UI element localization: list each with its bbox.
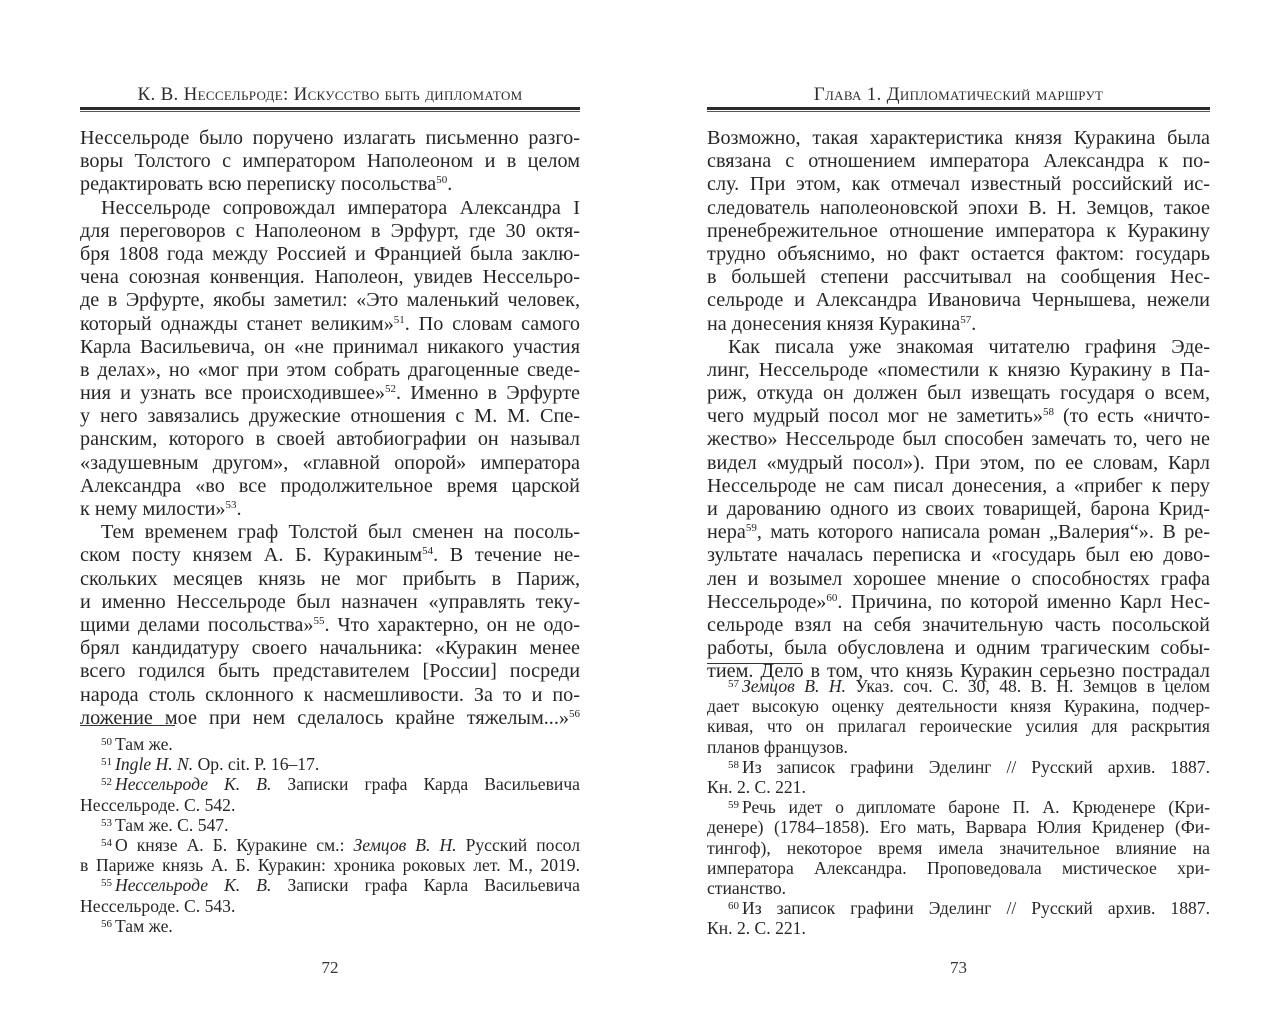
text-line: сельроде взял на себя значительную часть… — [707, 614, 1210, 637]
text-line: Нессельроде сопровождал императора Алекс… — [80, 197, 580, 220]
text-line: жество» Нессельроде был способен замечат… — [707, 428, 1210, 451]
line-text: Нессельроде не сам писал донесения, а «п… — [707, 475, 1210, 497]
footnote-text: денере) (1784–1858). Его мать, Варвара Ю… — [707, 817, 1210, 837]
line-text: всего годился быть представителем [Росси… — [80, 660, 580, 682]
footnote-line: Нессельроде. С. 542. — [80, 795, 580, 815]
text-line: Нессельроде не сам писал донесения, а «п… — [707, 475, 1210, 498]
footnote-line: императора Александра. Проповедовала мис… — [707, 858, 1210, 878]
line-text: у него завязались дружеские отношения с … — [80, 405, 580, 427]
line-text: редактировать всю переписку посольства — [80, 173, 436, 195]
text-line: щими делами посольства»55. Что характерн… — [80, 614, 580, 637]
line-text: Карла Васильевича, он «не принимал никак… — [80, 336, 580, 358]
line-text: бря 1808 года между Россией и Францией б… — [80, 243, 580, 265]
line-text: воры Толстого с императором Наполеоном и… — [80, 150, 580, 172]
page-number: 72 — [80, 958, 580, 978]
line-text: щими делами посольства» — [80, 614, 313, 636]
footnote-text: дает высокую оценку деятельности князя К… — [707, 696, 1210, 716]
footnote-line: 54О князе А. Б. Куракине см.: Земцов В. … — [80, 835, 580, 855]
footnote-text: Записки графа Карла Васильевича — [271, 875, 580, 895]
line-text: связана с отношением императора Александ… — [707, 150, 1210, 172]
text-line: Как писала уже знакомая читателю графиня… — [707, 336, 1210, 359]
footnote-line: 53Там же. С. 547. — [80, 815, 580, 835]
text-line: ранским, которого в своей автобиографии … — [80, 428, 580, 451]
line-text: лен и возымел хорошее мнение о способнос… — [707, 568, 1210, 590]
line-text-after: , мать которого написала роман „Валерия“… — [757, 521, 1210, 543]
footnote-ref: 60 — [826, 592, 837, 604]
line-text: Как писала уже знакомая читателю графиня… — [728, 336, 1210, 358]
footnote-ref: 52 — [385, 383, 396, 395]
line-text-after: . В течение не- — [433, 544, 580, 566]
footnote-text: Речь идет о дипломате бароне П. А. Крюде… — [742, 797, 1210, 817]
footnote-text: Записки графа Карда Васильевича — [271, 774, 580, 794]
footnote-line: 55Нессельроде К. В. Записки графа Карла … — [80, 875, 580, 895]
footnote-text: Нессельроде. С. 543. — [80, 896, 235, 916]
header-rule — [707, 107, 1210, 113]
text-line: ложение мое при нем сделалось крайне тяж… — [80, 707, 580, 730]
text-line: который однажды станет великим»51. По сл… — [80, 313, 580, 336]
footnote-number: 60 — [728, 900, 739, 912]
footnote-author: Нессельроде К. В. — [115, 774, 271, 794]
running-head: Глава 1. Дипломатический маршрут — [707, 84, 1210, 106]
line-text: линг, Нессельроде «поместили к князю Кур… — [707, 359, 1210, 381]
body-text: Возможно, такая характеристика князя Кур… — [707, 127, 1210, 684]
text-line: ском посту князем А. Б. Куракиным54. В т… — [80, 544, 580, 567]
text-line: ния и узнать все происходившее»52. Именн… — [80, 382, 580, 405]
footnote-text: О князе А. Б. Куракине см.: — [115, 835, 354, 855]
footnote-text: Кн. 2. С. 221. — [707, 777, 806, 797]
text-line: и именно Нессельроде был назначен «управ… — [80, 591, 580, 614]
footnotes: 50Там же.51Ingle H. N. Op. cit. P. 16–17… — [80, 734, 580, 936]
text-line: зультате началась переписка и «государь … — [707, 544, 1210, 567]
footnote-text: Там же. С. 547. — [115, 815, 229, 835]
footnote-author: Ingle H. N. — [115, 754, 193, 774]
footnote-line: Кн. 2. С. 221. — [707, 918, 1210, 938]
footnote-text: Там же. — [115, 916, 173, 936]
text-line: у него завязались дружеские отношения с … — [80, 405, 580, 428]
running-head: К. В. Нессельроде: Искусство быть диплом… — [80, 84, 580, 106]
text-line: в делах», но «мог при этом собрать драго… — [80, 359, 580, 382]
footnote-line: Кн. 2. С. 221. — [707, 777, 1210, 797]
text-line: слу. При этом, как отмечал известный рос… — [707, 173, 1210, 196]
text-line: следователь наполеоновской эпохи В. Н. З… — [707, 197, 1210, 220]
footnote-number: 50 — [101, 736, 112, 748]
text-line: де в Эрфурте, якобы заметил: «Это малень… — [80, 289, 580, 312]
text-line: редактировать всю переписку посольства50… — [80, 173, 580, 196]
text-line: к нему милости»53. — [80, 498, 580, 521]
footnote-ref: 58 — [1043, 406, 1054, 418]
line-text: Нессельроде» — [707, 591, 826, 613]
text-line: скольких месяцев князь не мог прибыть в … — [80, 568, 580, 591]
header-rule — [80, 107, 580, 113]
text-line: линг, Нессельроде «поместили к князю Кур… — [707, 359, 1210, 382]
footnote-text: Нессельроде. С. 542. — [80, 795, 235, 815]
footnote-text: Там же. — [115, 734, 173, 754]
footnote-ref: 54 — [422, 545, 433, 557]
footnote-separator — [707, 663, 802, 664]
text-line: Возможно, такая характеристика князя Кур… — [707, 127, 1210, 150]
text-line: нера59, мать которого написала роман „Ва… — [707, 521, 1210, 544]
text-line: на донесения князя Куракина57. — [707, 313, 1210, 336]
footnote-number: 52 — [101, 776, 112, 788]
footnote-number: 58 — [728, 759, 739, 771]
footnote-line: 60Из записок графини Эделинг // Русский … — [707, 898, 1210, 918]
line-text: следователь наполеоновской эпохи В. Н. З… — [707, 197, 1210, 219]
line-text: ском посту князем А. Б. Куракиным — [80, 544, 422, 566]
line-text: сельроде взял на себя значительную часть… — [707, 614, 1210, 636]
line-text: и именно Нессельроде был назначен «управ… — [80, 591, 580, 613]
line-text: чего мудрый посол мог не заметить» — [707, 405, 1043, 427]
footnote-ref: 51 — [394, 314, 405, 326]
text-line: Нессельроде»60. Причина, по которой имен… — [707, 591, 1210, 614]
line-text: в большей степени рассчитывал на сообщен… — [707, 266, 1210, 288]
line-text: зультате началась переписка и «государь … — [707, 544, 1210, 566]
footnote-ref: 56 — [569, 708, 580, 720]
footnote-text: Русский посол — [457, 835, 580, 855]
text-line: бря 1808 года между Россией и Францией б… — [80, 243, 580, 266]
line-text: на донесения князя Куракина — [707, 313, 960, 335]
footnote-text: Указ. соч. С. 30, 48. В. Н. Земцов в цел… — [846, 676, 1210, 696]
footnote-author: Земцов В. Н. — [354, 835, 457, 855]
line-text: трудно объяснимо, но факт остается факто… — [707, 243, 1210, 265]
footnote-ref: 57 — [960, 314, 971, 326]
text-line: видел «мудрый посол»). При этом, по ее с… — [707, 452, 1210, 475]
text-line: в большей степени рассчитывал на сообщен… — [707, 266, 1210, 289]
line-text: «задушевным другом», «главной опорой» им… — [80, 452, 580, 474]
text-line: всего годился быть представителем [Росси… — [80, 660, 580, 683]
line-text: Александра «во все продолжительное время… — [80, 475, 580, 497]
footnote-number: 57 — [728, 678, 739, 690]
footnote-line: стианство. — [707, 878, 1210, 898]
footnote-text: стианство. — [707, 878, 786, 898]
footnote-text: императора Александра. Проповедовала мис… — [707, 858, 1210, 878]
footnote-line: 57Земцов В. Н. Указ. соч. С. 30, 48. В. … — [707, 676, 1210, 696]
line-text: Возможно, такая характеристика князя Кур… — [707, 127, 1210, 149]
line-text: народа столь склонного к насмешливости. … — [80, 684, 580, 706]
page-number: 73 — [707, 958, 1210, 978]
left-page: К. В. Нессельроде: Искусство быть диплом… — [80, 0, 580, 1030]
line-text: работы, была обусловлена и одним трагиче… — [707, 637, 1210, 659]
footnote-text: Из записок графини Эделинг // Русский ар… — [742, 757, 1210, 777]
footnote-author: Земцов В. Н. — [742, 676, 846, 696]
footnote-text: планов французов. — [707, 737, 848, 757]
footnote-text: в Париже князь А. Б. Куракин: хроника ро… — [80, 855, 580, 875]
text-line: риж, откуда он должен был извещать госуд… — [707, 382, 1210, 405]
footnotes: 57Земцов В. Н. Указ. соч. С. 30, 48. В. … — [707, 676, 1210, 938]
text-line: связана с отношением императора Александ… — [707, 150, 1210, 173]
footnote-line: дает высокую оценку деятельности князя К… — [707, 696, 1210, 716]
footnote-text: кивая, что он прилагал героические усили… — [707, 716, 1210, 736]
footnote-line: 51Ingle H. N. Op. cit. P. 16–17. — [80, 754, 580, 774]
line-text: де в Эрфурте, якобы заметил: «Это малень… — [80, 289, 580, 311]
text-line: для переговоров с Наполеоном в Эрфурт, г… — [80, 220, 580, 243]
text-line: трудно объяснимо, но факт остается факто… — [707, 243, 1210, 266]
footnote-text: Кн. 2. С. 221. — [707, 918, 806, 938]
footnote-number: 55 — [101, 877, 112, 889]
line-text: в делах», но «мог при этом собрать драго… — [80, 359, 580, 381]
footnote-line: денере) (1784–1858). Его мать, Варвара Ю… — [707, 817, 1210, 837]
text-line: сельроде и Александра Ивановича Чернышев… — [707, 289, 1210, 312]
footnote-line: планов французов. — [707, 737, 1210, 757]
text-line: работы, была обусловлена и одним трагиче… — [707, 637, 1210, 660]
line-text-after: . — [447, 173, 452, 195]
text-line: чего мудрый посол мог не заметить»58 (то… — [707, 405, 1210, 428]
text-line: чена союзная конвенция. Наполеон, увидев… — [80, 266, 580, 289]
line-text: Нессельроде сопровождал императора Алекс… — [101, 197, 580, 219]
footnote-number: 56 — [101, 918, 112, 930]
footnote-line: 52Нессельроде К. В. Записки графа Карда … — [80, 774, 580, 794]
text-line: Нессельроде было поручено излагать письм… — [80, 127, 580, 150]
footnote-line: кивая, что он прилагал героические усили… — [707, 716, 1210, 736]
line-text: Тем временем граф Толстой был сменен на … — [101, 521, 580, 543]
line-text: пренебрежительное отношение императора к… — [707, 220, 1210, 242]
line-text-after: (то есть «ничто- — [1054, 405, 1210, 427]
footnote-ref: 59 — [746, 522, 757, 534]
text-line: воры Толстого с императором Наполеоном и… — [80, 150, 580, 173]
text-line: лен и возымел хорошее мнение о способнос… — [707, 568, 1210, 591]
footnote-ref: 53 — [225, 499, 236, 511]
footnote-number: 53 — [101, 817, 112, 829]
line-text: ранским, которого в своей автобиографии … — [80, 428, 580, 450]
line-text: риж, откуда он должен был извещать госуд… — [707, 382, 1210, 404]
line-text: скольких месяцев князь не мог прибыть в … — [80, 568, 580, 590]
footnote-ref: 55 — [313, 615, 324, 627]
footnote-text: Из записок графини Эделинг // Русский ар… — [742, 898, 1210, 918]
footnote-number: 51 — [101, 756, 112, 768]
line-text-after: . Что характерно, он не одо- — [324, 614, 580, 636]
text-line: народа столь склонного к насмешливости. … — [80, 684, 580, 707]
line-text: и дарованию одного из своих товарищей, б… — [707, 498, 1210, 520]
footnote-ref: 50 — [436, 174, 447, 186]
footnote-line: Нессельроде. С. 543. — [80, 896, 580, 916]
text-line: «задушевным другом», «главной опорой» им… — [80, 452, 580, 475]
text-line: Тем временем граф Толстой был сменен на … — [80, 521, 580, 544]
footnote-line: 56Там же. — [80, 916, 580, 936]
line-text: слу. При этом, как отмечал известный рос… — [707, 173, 1210, 195]
footnote-line: 58Из записок графини Эделинг // Русский … — [707, 757, 1210, 777]
text-line: брял кандидатуру своего начальника: «Кур… — [80, 637, 580, 660]
line-text: ния и узнать все происходившее» — [80, 382, 385, 404]
footnote-number: 59 — [728, 799, 739, 811]
line-text: Нессельроде было поручено излагать письм… — [80, 127, 580, 149]
footnote-line: в Париже князь А. Б. Куракин: хроника ро… — [80, 855, 580, 875]
footnote-text: Op. cit. P. 16–17. — [193, 754, 319, 774]
body-text: Нессельроде было поручено излагать письм… — [80, 127, 580, 730]
text-line: пренебрежительное отношение императора к… — [707, 220, 1210, 243]
line-text: видел «мудрый посол»). При этом, по ее с… — [707, 452, 1210, 474]
line-text: нера — [707, 521, 746, 543]
footnote-line: 50Там же. — [80, 734, 580, 754]
right-page: Глава 1. Дипломатический маршрут Возможн… — [707, 0, 1210, 1030]
line-text-after: . — [236, 498, 241, 520]
line-text-after: . Именно в Эрфурте — [396, 382, 580, 404]
footnote-line: тингоф), некоторое время имела значитель… — [707, 838, 1210, 858]
line-text-after: . Причина, по которой именно Карл Нес- — [837, 591, 1210, 613]
line-text: брял кандидатуру своего начальника: «Кур… — [80, 637, 580, 659]
line-text: который однажды станет великим» — [80, 313, 394, 335]
line-text-after: . По словам самого — [405, 313, 580, 335]
line-text: чена союзная конвенция. Наполеон, увидев… — [80, 266, 580, 288]
line-text: сельроде и Александра Ивановича Чернышев… — [707, 289, 1210, 311]
line-text: к нему милости» — [80, 498, 225, 520]
footnote-text: тингоф), некоторое время имела значитель… — [707, 838, 1210, 858]
line-text: жество» Нессельроде был способен замечат… — [707, 428, 1210, 450]
footnote-author: Нессельроде К. В. — [115, 875, 271, 895]
footnote-line: 59Речь идет о дипломате бароне П. А. Крю… — [707, 797, 1210, 817]
footnote-separator — [80, 725, 175, 726]
line-text: для переговоров с Наполеоном в Эрфурт, г… — [80, 220, 580, 242]
text-line: и дарованию одного из своих товарищей, б… — [707, 498, 1210, 521]
text-line: Карла Васильевича, он «не принимал никак… — [80, 336, 580, 359]
footnote-number: 54 — [101, 837, 112, 849]
line-text-after: . — [971, 313, 976, 335]
text-line: Александра «во все продолжительное время… — [80, 475, 580, 498]
